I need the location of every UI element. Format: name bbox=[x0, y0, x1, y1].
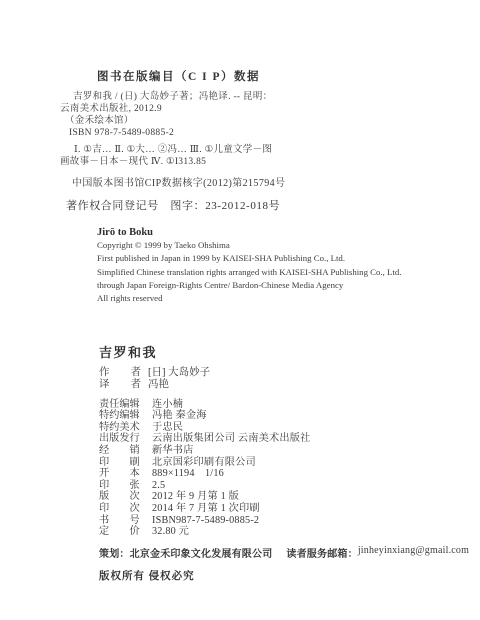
copyright-notice-line: Copyright © 1999 by Taeko Ohshima bbox=[97, 239, 460, 252]
original-copyright-block: Jirō to Boku Copyright © 1999 by Taeko O… bbox=[97, 226, 460, 305]
publication-row: 特约美术 于忠民 bbox=[99, 422, 480, 434]
field-label: 定 价 bbox=[99, 526, 143, 538]
copyright-notice-line: Simplified Chinese translation rights ar… bbox=[97, 266, 460, 279]
field-value: ISBN987-7-5489-0885-2 bbox=[152, 515, 259, 527]
cip-classification-line: 画故事－日本－现代 Ⅳ. ①I313.85 bbox=[60, 157, 450, 169]
publication-row: 印 张 2.5 bbox=[99, 480, 480, 492]
field-value: 2012 年 9 月第 1 版 bbox=[152, 491, 239, 503]
publication-row: 印 刷 北京国彩印刷有限公司 bbox=[99, 457, 480, 469]
field-value: 32.80 元 bbox=[152, 526, 189, 538]
publication-row: 印 次 2014 年 7 月第 1 次印刷 bbox=[99, 503, 480, 515]
credit-row: 作 者 [日] 大岛妙子 bbox=[99, 367, 480, 379]
field-label: 特约编辑 bbox=[99, 410, 143, 422]
copyright-notice-line: through Japan Foreign-Rights Centre/ Bar… bbox=[97, 279, 460, 292]
publication-row: 定 价 32.80 元 bbox=[99, 526, 480, 538]
field-label: 作 者 bbox=[99, 367, 145, 379]
field-value: 2.5 bbox=[152, 480, 165, 492]
field-label: 印 次 bbox=[99, 503, 143, 515]
copyright-notice-line: All rights reserved bbox=[97, 292, 460, 305]
field-label: 印 刷 bbox=[99, 457, 143, 469]
field-label: 责任编辑 bbox=[99, 399, 143, 411]
publication-row: 书 号 ISBN987-7-5489-0885-2 bbox=[99, 515, 480, 527]
book-title: 吉罗和我 bbox=[99, 342, 480, 361]
cip-record-line: （金禾绘本馆） bbox=[60, 115, 450, 127]
publication-row: 出版发行 云南出版集团公司 云南美术出版社 bbox=[99, 433, 480, 445]
rights-notice: 版权所有 侵权必究 bbox=[99, 568, 480, 583]
cip-record-line: 云南美术出版社, 2012.9 bbox=[60, 103, 450, 115]
cip-classification-line: Ⅰ. ①吉… Ⅱ. ①大… ②冯… Ⅲ. ①儿童文学－图 bbox=[60, 145, 450, 157]
cip-record-line: 吉罗和我 / (日) 大岛妙子著；冯艳译. -- 昆明： bbox=[60, 91, 450, 103]
original-title: Jirō to Boku bbox=[97, 226, 460, 239]
colophon-page: 图书在版编目（C I P）数据 吉罗和我 / (日) 大岛妙子著；冯艳译. --… bbox=[0, 0, 480, 620]
spacer bbox=[272, 545, 286, 560]
planner-line: 策划：北京金禾印象文化发展有限公司 读者服务邮箱： jinheyinxiang@… bbox=[99, 545, 480, 560]
cip-heading: 图书在版编目（C I P）数据 bbox=[97, 68, 480, 84]
field-value: 于忠民 bbox=[152, 422, 183, 434]
publication-row: 版 次 2012 年 9 月第 1 版 bbox=[99, 491, 480, 503]
publication-row: 特约编辑 冯艳 秦金海 bbox=[99, 410, 480, 422]
reader-email: jinheyinxiang@gmail.com bbox=[358, 545, 469, 560]
publication-row: 开 本 889×1194 1/16 bbox=[99, 468, 480, 480]
publication-row: 责任编辑 连小楠 bbox=[99, 399, 480, 411]
field-value: 889×1194 1/16 bbox=[152, 468, 224, 480]
field-label: 开 本 bbox=[99, 468, 143, 480]
publication-row: 经 销 新华书店 bbox=[99, 445, 480, 457]
planner-company: 策划：北京金禾印象文化发展有限公司 bbox=[99, 545, 272, 560]
cip-registry-number: 中国版本图书馆CIP数据核字(2012)第215794号 bbox=[72, 174, 480, 189]
field-label: 译 者 bbox=[99, 379, 145, 391]
field-value: [日] 大岛妙子 bbox=[148, 367, 210, 379]
field-label: 出版发行 bbox=[99, 433, 143, 445]
field-label: 经 销 bbox=[99, 445, 143, 457]
field-value: 北京国彩印刷有限公司 bbox=[152, 457, 256, 469]
credits-block: 作 者 [日] 大岛妙子 译 者 冯艳 bbox=[99, 367, 480, 391]
field-value: 新华书店 bbox=[152, 445, 194, 457]
field-value: 连小楠 bbox=[152, 399, 183, 411]
field-value: 2014 年 7 月第 1 次印刷 bbox=[152, 503, 260, 515]
field-label: 印 张 bbox=[99, 480, 143, 492]
credit-row: 译 者 冯艳 bbox=[99, 379, 480, 391]
field-value: 冯艳 bbox=[148, 379, 169, 391]
field-value: 云南出版集团公司 云南美术出版社 bbox=[152, 433, 311, 445]
field-label: 书 号 bbox=[99, 515, 143, 527]
cip-classification: Ⅰ. ①吉… Ⅱ. ①大… ②冯… Ⅲ. ①儿童文学－图 画故事－日本－现代 Ⅳ… bbox=[60, 145, 450, 168]
field-value: 冯艳 秦金海 bbox=[152, 410, 207, 422]
copyright-registration-number: 著作权合同登记号 图字：23-2012-018号 bbox=[66, 197, 480, 213]
copyright-notice-line: First published in Japan in 1999 by KAIS… bbox=[97, 252, 460, 265]
cip-record: 吉罗和我 / (日) 大岛妙子著；冯艳译. -- 昆明： 云南美术出版社, 20… bbox=[60, 91, 450, 139]
cip-record-line: ISBN 978-7-5489-0885-2 bbox=[60, 127, 450, 139]
field-label: 特约美术 bbox=[99, 422, 143, 434]
field-label: 版 次 bbox=[99, 491, 143, 503]
publication-info-block: 责任编辑 连小楠 特约编辑 冯艳 秦金海 特约美术 于忠民 出版发行 云南出版集… bbox=[99, 399, 480, 538]
reader-email-label: 读者服务邮箱： bbox=[286, 545, 357, 560]
